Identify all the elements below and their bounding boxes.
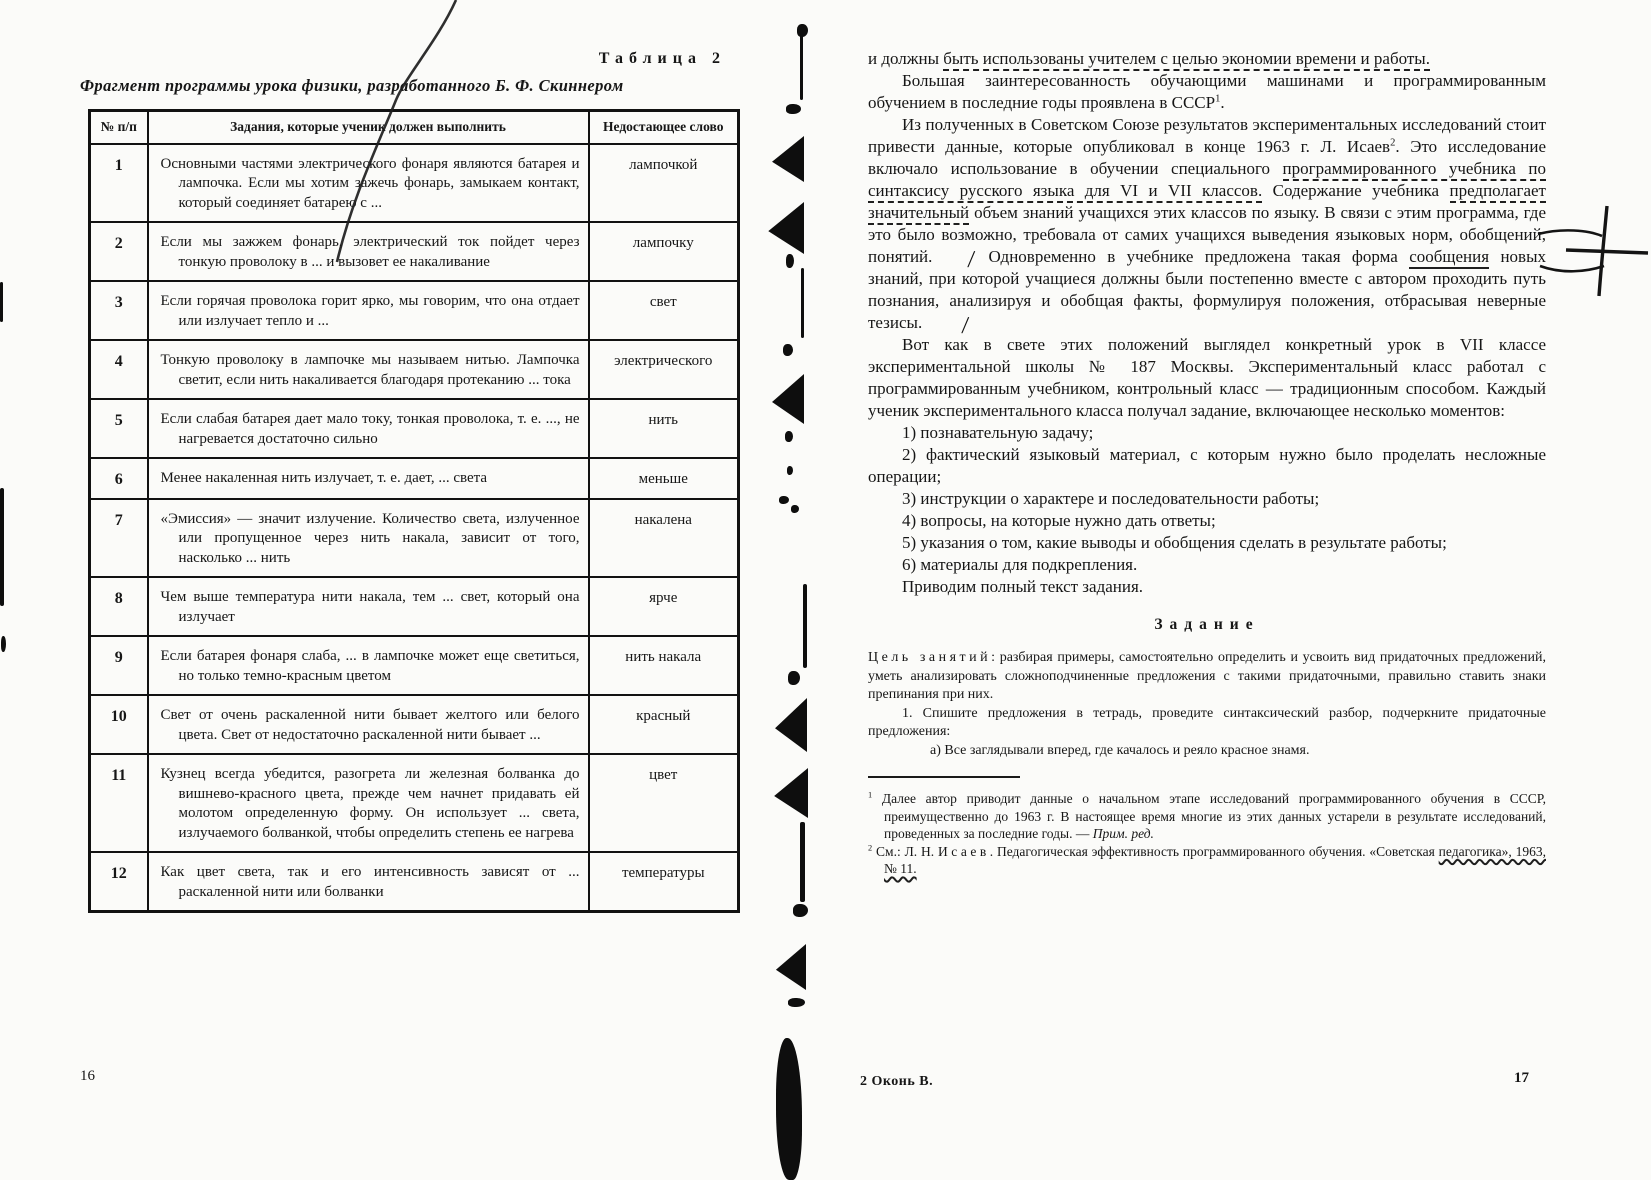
book-spread: Таблица 2 Фрагмент программы урока физик…: [0, 0, 1651, 1180]
header-row-number: № п/п: [90, 111, 148, 144]
missing-word: меньше: [589, 458, 739, 499]
numbered-item-1: 1) познавательную задачу;: [868, 422, 1546, 444]
paragraph-instruction-1: 1. Спишите предложения в тетрадь, провед…: [868, 705, 1546, 742]
row-number: 2: [90, 222, 148, 281]
row-number: 9: [90, 636, 148, 695]
paragraph-isaev-research: Из полученных в Советском Союзе результа…: [868, 114, 1546, 334]
table-row: 12Как цвет света, так и его интенсивност…: [90, 852, 739, 912]
row-number: 8: [90, 577, 148, 636]
right-page: и должны быть использованы учителем с це…: [868, 48, 1546, 878]
table-label: Таблица 2: [88, 50, 740, 68]
table-row: 5Если слабая батарея дает мало току, тон…: [90, 399, 739, 458]
task-text: Кузнец всегда убедится, разогрета ли жел…: [148, 754, 589, 852]
table-header-row: № п/п Задания, которые ученик должен вып…: [90, 111, 739, 144]
row-number: 11: [90, 754, 148, 852]
footnote-2: 2 См.: Л. Н. Исаев. Педагогическая эффек…: [868, 843, 1546, 878]
right-page-content: и должны быть использованы учителем с це…: [868, 48, 1546, 878]
page-number-left: 16: [80, 1068, 95, 1085]
paragraph-intro-task: Приводим полный текст задания.: [868, 576, 1546, 598]
paragraph-goal: Цель занятий: разбирая примеры, самостоя…: [868, 649, 1546, 705]
numbered-item-3: 3) инструкции о характере и последовател…: [868, 488, 1546, 510]
table-row: 2Если мы зажжем фонарь, электрический то…: [90, 222, 739, 281]
missing-word: лампочкой: [589, 144, 739, 223]
task-text: Если мы зажжем фонарь, электрический ток…: [148, 222, 589, 281]
paragraph-interest-ussr: Большая заинтересованность обучающими ма…: [868, 70, 1546, 114]
missing-word: нить накала: [589, 636, 739, 695]
table-body: 1Основными частями электрического фонаря…: [90, 144, 739, 912]
left-page: Таблица 2 Фрагмент программы урока физик…: [88, 50, 740, 913]
table-row: 8Чем выше температура нити накала, тем .…: [90, 577, 739, 636]
task-text: Если батарея фонаря слаба, ... в лампочк…: [148, 636, 589, 695]
task-text: Если слабая батарея дает мало току, тонк…: [148, 399, 589, 458]
footnote-rule: [868, 776, 1020, 778]
task-text: Чем выше температура нити накала, тем ..…: [148, 577, 589, 636]
skinner-program-table: № п/п Задания, которые ученик должен вып…: [88, 109, 740, 913]
row-number: 7: [90, 499, 148, 578]
continued-paragraph: и должны быть использованы учителем с це…: [868, 48, 1546, 70]
row-number: 4: [90, 340, 148, 399]
row-number: 12: [90, 852, 148, 912]
row-number: 6: [90, 458, 148, 499]
missing-word: красный: [589, 695, 739, 754]
header-task: Задания, которые ученик должен выполнить: [148, 111, 589, 144]
footnote-1: 1 Далее автор приводит данные о начально…: [868, 790, 1546, 843]
task-text: Если горячая проволока горит ярко, мы го…: [148, 281, 589, 340]
numbered-item-6: 6) материалы для подкрепления.: [868, 554, 1546, 576]
row-number: 5: [90, 399, 148, 458]
missing-word: накалена: [589, 499, 739, 578]
row-number: 1: [90, 144, 148, 223]
missing-word: нить: [589, 399, 739, 458]
table-caption: Фрагмент программы урока физики, разрабо…: [80, 76, 740, 96]
table-row: 9Если батарея фонаря слаба, ... в лампоч…: [90, 636, 739, 695]
missing-word: лампочку: [589, 222, 739, 281]
table-row: 10Свет от очень раскаленной нити бывает …: [90, 695, 739, 754]
missing-word: ярче: [589, 577, 739, 636]
task-text: Свет от очень раскаленной нити бывает же…: [148, 695, 589, 754]
task-text: Тонкую проволоку в лампочке мы называем …: [148, 340, 589, 399]
paragraph-example-a: а) Все заглядывали вперед, где качалось …: [868, 742, 1546, 761]
table-row: 6Менее накаленная нить излучает, т. е. д…: [90, 458, 739, 499]
header-missing-word: Недостающее слово: [589, 111, 739, 144]
table-row: 3Если горячая проволока горит ярко, мы г…: [90, 281, 739, 340]
numbered-item-5: 5) указания о том, какие выводы и обобще…: [868, 532, 1546, 554]
numbered-item-2: 2) фактический языковый материал, с кото…: [868, 444, 1546, 488]
printer-signature: 2 Оконь В.: [860, 1074, 933, 1090]
page-number-right: 17: [1514, 1070, 1529, 1087]
missing-word: электриче­ского: [589, 340, 739, 399]
row-number: 10: [90, 695, 148, 754]
task-text: Менее накаленная нить излучает, т. е. да…: [148, 458, 589, 499]
section-heading-task: Задание: [868, 614, 1546, 636]
missing-word: свет: [589, 281, 739, 340]
task-text: «Эмиссия» — значит излучение. Количество…: [148, 499, 589, 578]
table-row: 4Тонкую проволоку в лампочке мы называем…: [90, 340, 739, 399]
missing-word: цвет: [589, 754, 739, 852]
table-row: 1Основными частями электрического фонаря…: [90, 144, 739, 223]
task-text: Как цвет света, так и его интенсивность …: [148, 852, 589, 912]
table-row: 7«Эмиссия» — значит излучение. Количеств…: [90, 499, 739, 578]
table-row: 11Кузнец всегда убедится, разогрета ли ж…: [90, 754, 739, 852]
paragraph-lesson-187: Вот как в свете этих положений выглядел …: [868, 334, 1546, 422]
row-number: 3: [90, 281, 148, 340]
task-text: Основными частями электрического фонаря …: [148, 144, 589, 223]
missing-word: температуры: [589, 852, 739, 912]
numbered-item-4: 4) вопросы, на которые нужно дать ответы…: [868, 510, 1546, 532]
